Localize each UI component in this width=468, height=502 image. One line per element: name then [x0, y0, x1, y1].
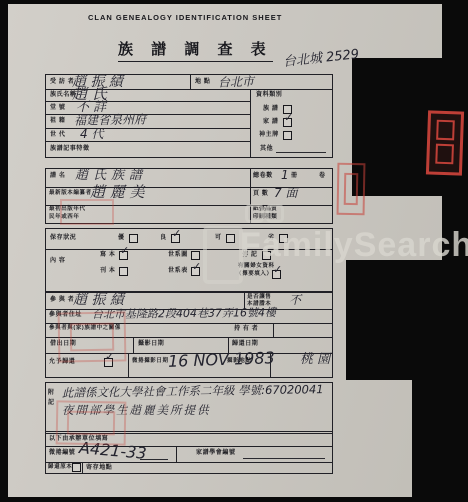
- participant-label: 參 與 者: [50, 297, 74, 303]
- interviewee-label: 受 訪 者: [50, 79, 74, 85]
- faint-seal-lower-left-mark: [67, 411, 115, 436]
- box6-row2-divider: [176, 446, 177, 462]
- content-women-records-checkmark: ✓: [273, 264, 282, 275]
- category-ancestral-tablet-label: 神主牌: [259, 132, 279, 138]
- red-stamp-mid-right: [337, 163, 366, 215]
- shooting-place-value: 桃 園: [300, 353, 330, 366]
- film-shadow-lower-right: [412, 378, 468, 502]
- willing-to-sell-label-line1: 是否讓售: [247, 295, 271, 301]
- place-value: 台北市: [218, 75, 254, 88]
- watermark-fragment-2: [266, 204, 284, 223]
- category-other-blank: [276, 152, 326, 153]
- faint-seal-lower-left: [56, 400, 127, 445]
- microfilm-scan: CLAN GENEALOGY IDENTIFICATION SHEET 族 譜 …: [0, 0, 468, 502]
- genealogy-name-value: 趙氏族譜: [75, 169, 147, 182]
- box1-row1-divider: [190, 75, 191, 89]
- reel-number-label: 微捲編號: [49, 450, 75, 456]
- content-manuscript-label: 寫 本: [100, 252, 115, 258]
- content-pedigree-table-checkmark: ✓: [192, 261, 201, 272]
- content-pedigree-chart-label: 世系圖: [168, 252, 188, 258]
- content-manuscript-checkmark: ✓: [120, 245, 129, 256]
- condition-good-checkmark: ✓: [172, 228, 181, 239]
- society-number-blank: [243, 458, 325, 459]
- volume-unit-juan: 卷: [319, 173, 326, 179]
- film-edge-bottom: [0, 497, 468, 502]
- content-pedigree-chart-checkbox: [191, 251, 200, 260]
- latest-compiler-value: 趙 麗 美: [90, 185, 145, 200]
- familysearch-watermark-text: FamilySearch: [240, 228, 468, 262]
- willing-to-sell-value: 不: [289, 294, 301, 306]
- generations-value: 4 代: [80, 128, 103, 140]
- microfilm-date-label: 微捲攝影日期: [132, 359, 169, 365]
- box4-row5-divider-1: [128, 353, 129, 377]
- deposit-place-label: 寄存地點: [86, 465, 112, 471]
- reel-number-blank: [140, 459, 168, 460]
- material-category-title: 資料類別: [256, 92, 282, 98]
- condition-excellent-checkbox: [129, 234, 138, 243]
- content-printed-label: 刊 本: [100, 268, 115, 274]
- hall-name-label: 堂 號: [50, 105, 65, 111]
- participant-value: 趙 振 績: [73, 293, 124, 307]
- condition-label: 保存狀況: [50, 235, 76, 241]
- faint-seal-upper-left: [60, 199, 114, 225]
- microfilm-date-value: 16 NOV 1983: [168, 350, 275, 370]
- box6-row-line-2: [46, 462, 332, 463]
- place-label: 地 點: [195, 79, 210, 85]
- hall-name-value: 不 詳: [76, 101, 106, 114]
- generations-label: 世 代: [50, 132, 65, 138]
- film-edge-left: [0, 0, 8, 502]
- red-stamp-mid-right-mark: [344, 173, 359, 205]
- category-other-label: 其他: [260, 146, 273, 152]
- shooting-date-label: 攝影日期: [138, 341, 164, 347]
- ancestral-origin-value: 福建省泉州府: [74, 113, 146, 126]
- red-stamp-right-margin: [426, 110, 464, 175]
- return-date-label: 歸還日期: [232, 341, 258, 347]
- box4-row3-divider: [273, 323, 274, 337]
- film-shadow-mid-right: [346, 260, 468, 380]
- holder-label: 持 有 者: [234, 326, 258, 332]
- category-family-genealogy-checkmark: ✓: [284, 112, 293, 123]
- original-returned-checkbox: [72, 463, 81, 472]
- society-number-label: 家譜學會編號: [196, 450, 236, 456]
- record-features-label: 族譜記事特徵: [50, 146, 90, 152]
- familysearch-logo-watermark: [203, 226, 243, 284]
- box1-row-line-5: [46, 141, 250, 142]
- category-ancestral-tablet-checkbox: [283, 131, 292, 140]
- genealogy-name-label: 譜 名: [50, 173, 65, 179]
- film-edge-top: [0, 0, 468, 4]
- content-label: 內 容: [50, 258, 65, 264]
- original-returned-label: 歸還原本: [48, 465, 72, 471]
- content-women-records-label-line1: 有關婦女資料: [238, 264, 275, 270]
- condition-excellent-label: 優: [118, 235, 125, 241]
- category-family-genealogy-label: 家 譜: [263, 119, 278, 125]
- volume-count-value: 1: [281, 169, 289, 181]
- faint-seal-mid-left: [58, 311, 127, 362]
- volume-unit-ce: 冊: [291, 173, 298, 179]
- box6-row3-divider: [82, 462, 83, 473]
- page-count-value: 7 面: [274, 187, 297, 199]
- content-pedigree-table-label: 世系表: [168, 268, 188, 274]
- box1-row-line-4: [46, 128, 250, 129]
- content-printed-checkbox: [119, 267, 128, 276]
- box1-category-divider: [250, 89, 251, 158]
- shooting-place-label: 攝影地點: [227, 359, 251, 365]
- page-count-label: 頁 數: [253, 191, 268, 197]
- ancestral-origin-label: 祖 籍: [50, 118, 65, 124]
- red-stamp-right-margin-mark-1: [436, 120, 455, 141]
- sheet-title-english: CLAN GENEALOGY IDENTIFICATION SHEET: [88, 14, 282, 22]
- latest-compiler-label: 最新版本編纂者: [49, 191, 92, 197]
- red-stamp-right-margin-mark-2: [435, 144, 454, 165]
- condition-good-label: 良: [160, 235, 167, 241]
- box4-row4-divider-1: [133, 337, 134, 353]
- volume-count-label: 總卷數: [253, 173, 273, 179]
- watermark-fragment-1: [245, 204, 264, 223]
- faint-seal-mid-left-mark: [70, 323, 114, 352]
- sheet-title-chinese: 族 譜 調 查 表: [118, 42, 273, 62]
- category-clan-genealogy-label: 族 譜: [263, 106, 278, 112]
